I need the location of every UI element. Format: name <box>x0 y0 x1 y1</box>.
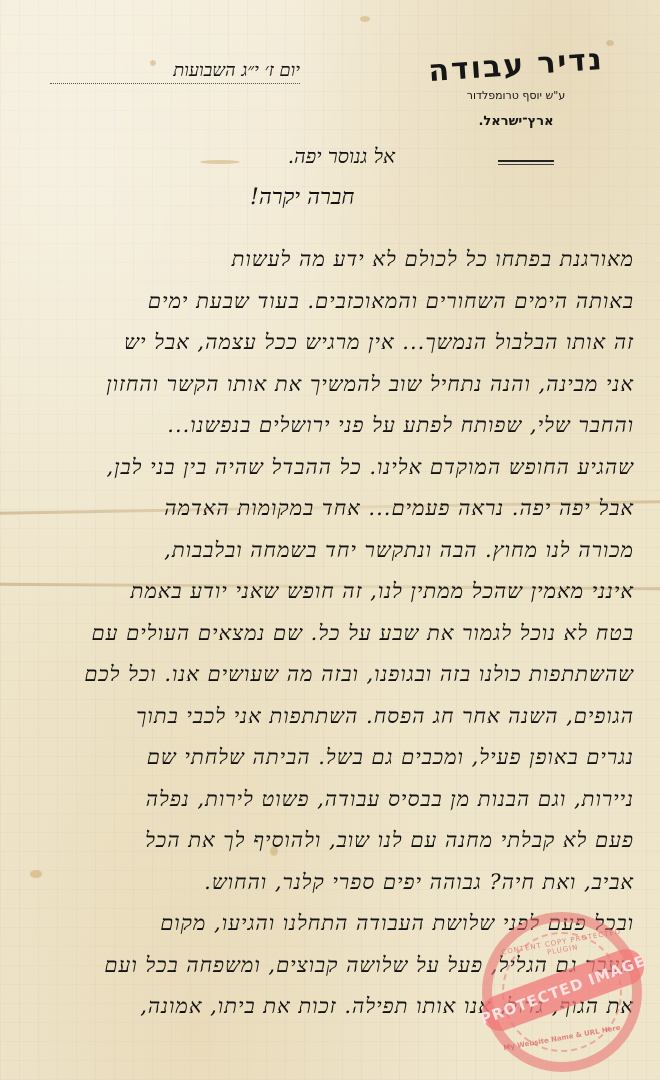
body-line: אינני מאמין שהכל ממתין לנו, זה חופש שאני… <box>24 576 634 618</box>
body-line: נגרים באופן פעיל, ומכבים גם בשל. הביתה ש… <box>24 742 634 784</box>
stain <box>360 16 370 22</box>
body-line: שהשתתפות כולנו בזה ובגופנו, ובזה מה שעוש… <box>24 659 634 701</box>
body-line: את הגוף, גדול, אנו אותו תפילה. זכות את ב… <box>24 991 634 1033</box>
body-line: אני מבינה, והנה נתחיל שוב להמשיך את אותו… <box>24 369 634 411</box>
letterhead-subtitle: ע"ש יוסף טרומפלדור <box>416 89 616 102</box>
body-line: מאורגנת בפתחו כל לכולם לא ידע מה לעשות <box>24 244 634 286</box>
letter-body: מאורגנת בפתחו כל לכולם לא ידע מה לעשות ב… <box>24 244 634 1033</box>
addressee: אל גנוסר יפה. <box>288 144 395 169</box>
body-line: בטח לא נוכל לגמור את שבע על כל. שם נמצאי… <box>24 618 634 660</box>
date-line: יום ז׳ י״ג השבועות <box>50 60 300 84</box>
letterhead-title: נדיר עבודה <box>415 41 617 90</box>
stain <box>200 160 240 164</box>
body-line: והחבר שלי, שפותח לפתע על פני ירושלים בנפ… <box>24 410 634 452</box>
body-line: באותה הימים השחורים והמאוכזבים. בעוד שבע… <box>24 286 634 328</box>
body-line: זה אותו הבלבול הנמשך... אין מרגיש ככל עצ… <box>24 327 634 369</box>
salutation: חברה יקרה! <box>250 184 354 210</box>
body-line: הגופים, השנה אחר חג הפסח. השתתפות אני לכ… <box>24 701 634 743</box>
letter-page: נדיר עבודה ע"ש יוסף טרומפלדור ארץ־ישראל.… <box>0 0 660 1080</box>
body-line: אבל יפה יפה. נראה פעמים... אחד במקומות ה… <box>24 493 634 535</box>
body-line: ובכל פעם לפני שלושת העבודה התחלנו והגיעו… <box>24 908 634 950</box>
body-line: אביב, ואת חיה? גבוהה יפים ספרי קלנר, והח… <box>24 867 634 909</box>
body-line: מעבר גם הגליל, פעל על שלושה קבוצים, ומשפ… <box>24 950 634 992</box>
letterhead-place: ארץ־ישראל. <box>416 114 616 129</box>
letterhead: נדיר עבודה ע"ש יוסף טרומפלדור ארץ־ישראל. <box>416 48 616 129</box>
body-line: מכורה לנו מחוץ. הבה ונתקשר יחד בשמחה ובל… <box>24 535 634 577</box>
body-line: שהגיע החופש המוקדם אלינו. כל ההבדל שהיה … <box>24 452 634 494</box>
body-line: ניירות, וגם הבנות מן בבסיס עבודה, פשוט ל… <box>24 784 634 826</box>
addressee-rule <box>498 160 554 165</box>
body-line: פעם לא קבלתי מחנה עם לנו שוב, ולהוסיף לך… <box>24 825 634 867</box>
